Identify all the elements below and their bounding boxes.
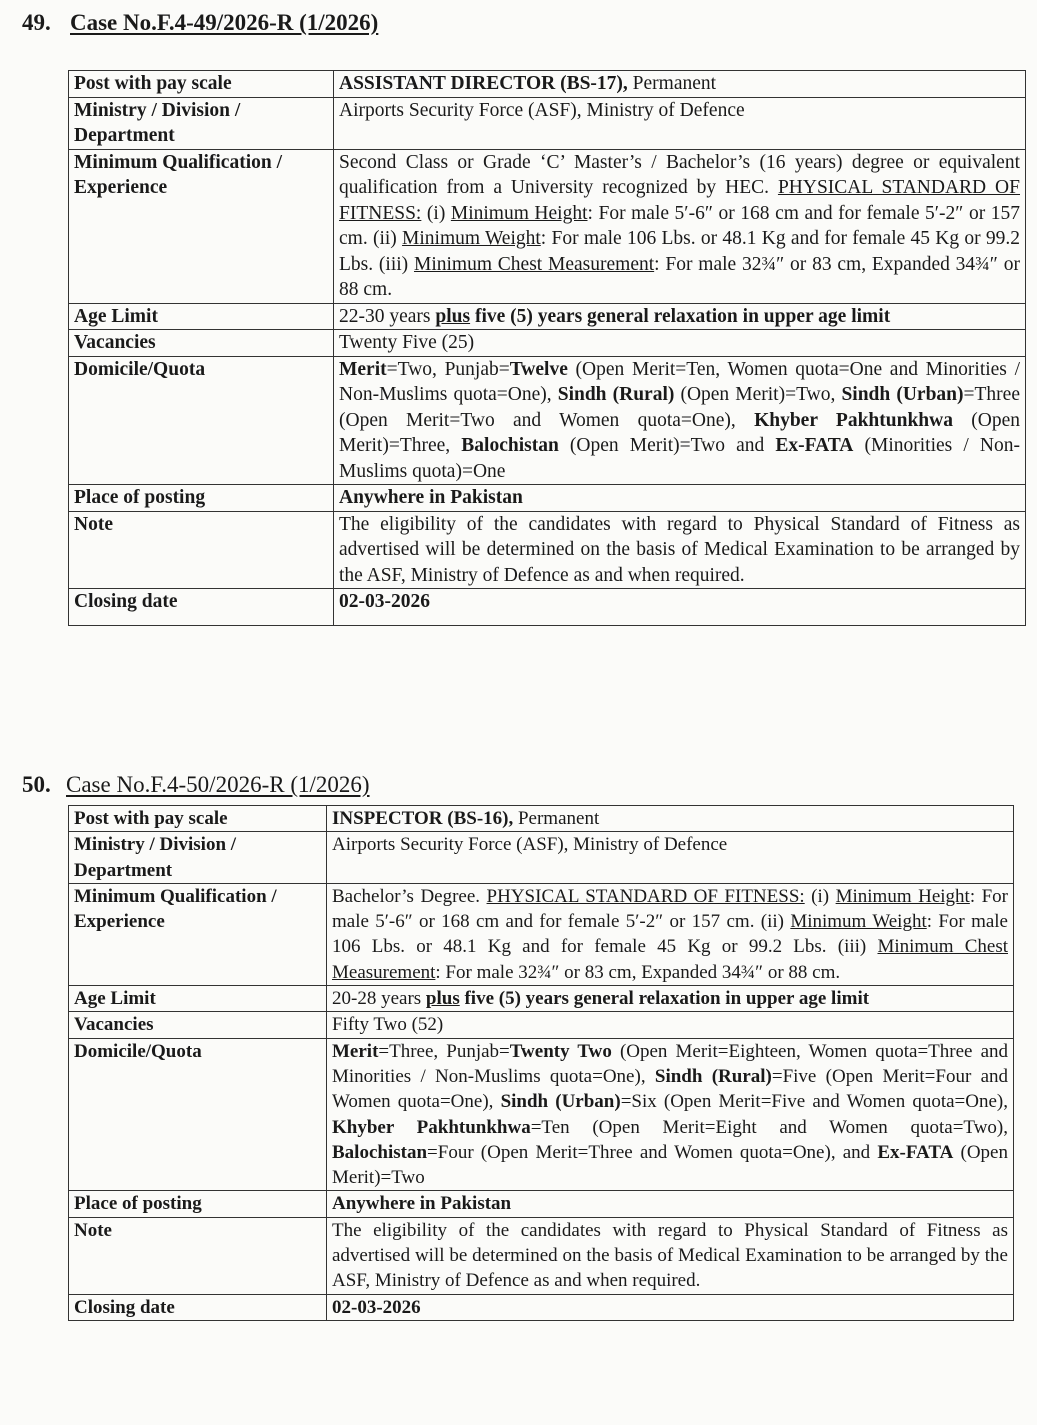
value-age: 22-30 years plus five (5) years general …: [334, 303, 1026, 330]
row-post: Post with pay scale INSPECTOR (BS-16), P…: [69, 806, 1014, 832]
value-qualification: Second Class or Grade ‘C’ Master’s / Bac…: [334, 149, 1026, 303]
value-post: INSPECTOR (BS-16), Permanent: [327, 806, 1014, 832]
row-vacancies: Vacancies Fifty Two (52): [69, 1012, 1014, 1038]
case-heading: 49.Case No.F.4-49/2026-R (1/2026): [22, 10, 378, 36]
label-post: Post with pay scale: [69, 806, 327, 832]
value-vacancies: Fifty Two (52): [327, 1012, 1014, 1038]
row-age: Age Limit 20-28 years plus five (5) year…: [69, 986, 1014, 1012]
case-number: 50.: [22, 772, 66, 798]
label-quota: Domicile/Quota: [69, 356, 334, 485]
row-ministry: Ministry / Division / Department Airport…: [69, 97, 1026, 149]
value-note: The eligibility of the candidates with r…: [327, 1217, 1014, 1294]
label-qualification: Minimum Qualification / Experience: [69, 149, 334, 303]
label-ministry: Ministry / Division / Department: [69, 97, 334, 149]
case-number: 49.: [22, 10, 70, 36]
value-posting: Anywhere in Pakistan: [327, 1191, 1014, 1217]
label-age: Age Limit: [69, 303, 334, 330]
label-age: Age Limit: [69, 986, 327, 1012]
label-post: Post with pay scale: [69, 71, 334, 98]
value-quota: Merit=Two, Punjab=Twelve (Open Merit=Ten…: [334, 356, 1026, 485]
row-ministry: Ministry / Division / Department Airport…: [69, 832, 1014, 884]
case-title: Case No.F.4-49/2026-R (1/2026): [70, 10, 378, 35]
row-closing: Closing date 02-03-2026: [69, 589, 1026, 626]
row-age: Age Limit 22-30 years plus five (5) year…: [69, 303, 1026, 330]
value-quota: Merit=Three, Punjab=Twenty Two (Open Mer…: [327, 1038, 1014, 1191]
row-qualification: Minimum Qualification / Experience Bache…: [69, 883, 1014, 985]
label-quota: Domicile/Quota: [69, 1038, 327, 1191]
label-vacancies: Vacancies: [69, 1012, 327, 1038]
row-quota: Domicile/Quota Merit=Three, Punjab=Twent…: [69, 1038, 1014, 1191]
value-qualification: Bachelor’s Degree. PHYSICAL STANDARD OF …: [327, 883, 1014, 985]
label-note: Note: [69, 1217, 327, 1294]
row-quota: Domicile/Quota Merit=Two, Punjab=Twelve …: [69, 356, 1026, 485]
label-ministry: Ministry / Division / Department: [69, 832, 327, 884]
value-vacancies: Twenty Five (25): [334, 330, 1026, 357]
row-post: Post with pay scale ASSISTANT DIRECTOR (…: [69, 71, 1026, 98]
label-qualification: Minimum Qualification / Experience: [69, 883, 327, 985]
value-post: ASSISTANT DIRECTOR (BS-17), Permanent: [334, 71, 1026, 98]
value-closing: 02-03-2026: [327, 1294, 1014, 1320]
row-vacancies: Vacancies Twenty Five (25): [69, 330, 1026, 357]
case-heading: 50.Case No.F.4-50/2026-R (1/2026): [22, 772, 370, 798]
value-ministry: Airports Security Force (ASF), Ministry …: [334, 97, 1026, 149]
row-posting: Place of posting Anywhere in Pakistan: [69, 1191, 1014, 1217]
row-note: Note The eligibility of the candidates w…: [69, 511, 1026, 589]
value-ministry: Airports Security Force (ASF), Ministry …: [327, 832, 1014, 884]
row-note: Note The eligibility of the candidates w…: [69, 1217, 1014, 1294]
label-posting: Place of posting: [69, 1191, 327, 1217]
row-posting: Place of posting Anywhere in Pakistan: [69, 485, 1026, 512]
case-title: Case No.F.4-50/2026-R (1/2026): [66, 772, 370, 797]
row-qualification: Minimum Qualification / Experience Secon…: [69, 149, 1026, 303]
label-closing: Closing date: [69, 589, 334, 626]
job-table-50: Post with pay scale INSPECTOR (BS-16), P…: [68, 805, 1014, 1321]
job-table-49: Post with pay scale ASSISTANT DIRECTOR (…: [68, 70, 1026, 626]
value-note: The eligibility of the candidates with r…: [334, 511, 1026, 589]
value-age: 20-28 years plus five (5) years general …: [327, 986, 1014, 1012]
label-posting: Place of posting: [69, 485, 334, 512]
value-posting: Anywhere in Pakistan: [334, 485, 1026, 512]
label-note: Note: [69, 511, 334, 589]
label-closing: Closing date: [69, 1294, 327, 1320]
label-vacancies: Vacancies: [69, 330, 334, 357]
row-closing: Closing date 02-03-2026: [69, 1294, 1014, 1320]
value-closing: 02-03-2026: [334, 589, 1026, 626]
